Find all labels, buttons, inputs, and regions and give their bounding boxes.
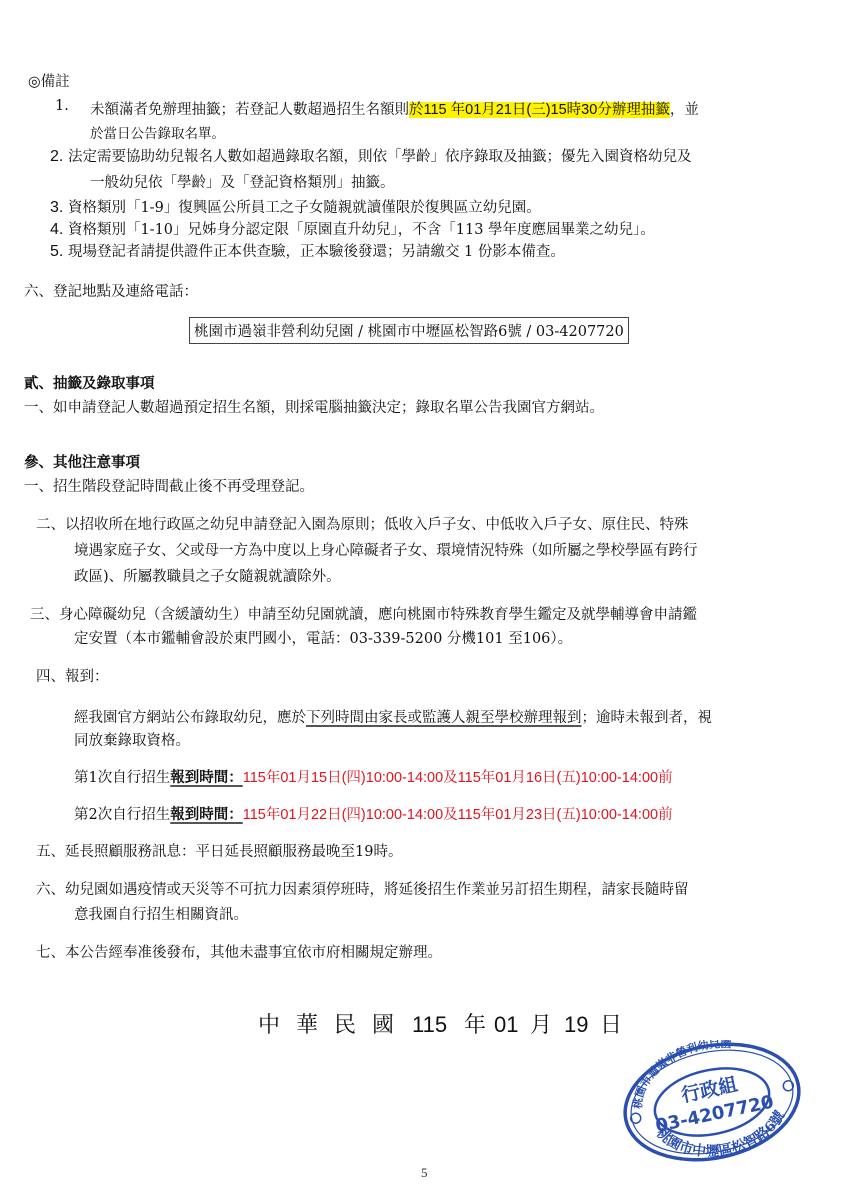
section-three-item-3-line1: 三、身心障礙幼兒（含緩讀幼生）申請至幼兒園就讀，應向桃園市特殊教育學生鑑定及就學… (30, 603, 697, 624)
section-three-item-7: 七、本公告經奉准後發布，其他未盡事宜依市府相關規定辦理。 (36, 941, 442, 962)
remark-2-number: 2. (50, 148, 63, 165)
section-two-heading: 貳、抽籤及錄取事項 (24, 372, 155, 393)
report-round-1: 第1次自行招生報到時間：115年01月15日(四)10:00-14:00及115… (74, 766, 673, 787)
round-1-label: 報到時間： (170, 769, 243, 786)
official-stamp: 桃園市過嶺非營利幼兒園 桃園市中壢區松智路6號 行政組 03-4207720 (620, 1040, 805, 1165)
date-year-unit: 年 (464, 1008, 494, 1039)
section6-heading: 六、登記地點及連絡電話： (24, 280, 198, 301)
section-three-item-5: 五、延長照顧服務訊息：平日延長照顧服務最晚至19時。 (36, 840, 402, 861)
date-char-4: 國 (372, 1008, 412, 1039)
remark-4-text: 資格類別「1-10」兄姊身分認定限「原園直升幼兒」，不含「113 學年度應屆畢業… (68, 222, 655, 238)
remarks-title: ◎備註 (28, 70, 70, 91)
remark-1-text-after: ，並 (670, 102, 699, 118)
section-three-item-2-line2: 境遇家庭子女、父或母一方為中度以上身心障礙者子女、環境情況特殊（如所屬之學校學區… (74, 539, 698, 560)
report-para-before: 經我園官方網站公布錄取幼兒，應於 (74, 710, 306, 726)
remark-4: 4. 資格類別「1-10」兄姊身分認定限「原園直升幼兒」，不含「113 學年度應… (50, 218, 655, 239)
remark-3-text: 資格類別「1-9」復興區公所員工之子女隨親就讀僅限於復興區立幼兒園。 (68, 200, 541, 216)
section-three-item-2-line1: 二、以招收所在地行政區之幼兒申請登記入園為原則；低收入戶子女、中低收入戶子女、原… (36, 513, 689, 534)
report-paragraph-line2: 同放棄錄取資格。 (74, 729, 190, 750)
remark-2-text: 法定需要協助幼兒報名人數如超過錄取名額，則依「學齡」依序錄取及抽籤；優先入園資格… (68, 149, 692, 165)
report-round-2: 第2次自行招生報到時間：115年01月22日(四)10:00-14:00及115… (74, 803, 673, 824)
remark-1-number: 1. (55, 98, 69, 114)
round-2-label: 報到時間： (170, 806, 243, 823)
report-paragraph-line1: 經我園官方網站公布錄取幼兒，應於下列時間由家長或監護人親至學校辦理報到；逾時未報… (74, 706, 712, 727)
date-char-1: 中 (258, 1008, 296, 1039)
report-para-after: ；逾時未報到者，視 (582, 710, 713, 726)
section-three-item-1: 一、招生階段登記時間截止後不再受理登記。 (24, 475, 314, 496)
address-box: 桃園市過嶺非營利幼兒園 / 桃園市中壢區松智路6號 / 03-4207720 (189, 317, 629, 344)
stamp-seal-icon: 桃園市過嶺非營利幼兒園 桃園市中壢區松智路6號 行政組 03-4207720 (620, 1040, 805, 1165)
round-1-prefix: 第1次自行招生 (74, 770, 170, 786)
remark-3: 3. 資格類別「1-9」復興區公所員工之子女隨親就讀僅限於復興區立幼兒園。 (50, 196, 541, 217)
section-three-item-6-line1: 六、幼兒園如遇疫情或天災等不可抗力因素須停班時，將延後招生作業並另訂招生期程，請… (36, 878, 689, 899)
report-para-underlined: 下列時間由家長或監護人親至學校辦理報到 (306, 710, 582, 726)
remark-5: 5. 現場登記者請提供證件正本供查驗，正本驗後發還；另請繳交 1 份影本備查。 (50, 240, 565, 261)
date-year: 115 (412, 1012, 464, 1038)
remark-5-number: 5. (50, 243, 63, 260)
report-heading: 四、報到： (36, 665, 109, 686)
remark-2-line1: 2. 法定需要協助幼兒報名人數如超過錄取名額，則依「學齡」依序錄取及抽籤；優先入… (50, 145, 691, 166)
remark-1-highlight: 於115 年01月21日(三)15時30分辦理抽籤 (409, 102, 670, 118)
remark-2-line2: 一般幼兒依「學齡」及「登記資格類別」抽籤。 (90, 171, 395, 192)
date-month-unit: 月 (530, 1008, 564, 1039)
date-char-2: 華 (296, 1008, 334, 1039)
date-char-3: 民 (334, 1008, 372, 1039)
round-2-time: 115年01月22日(四)10:00-14:00及115年01月23日(五)10… (243, 807, 673, 823)
remark-1-text-before: 未額滿者免辦理抽籤；若登記人數超過招生名額則 (90, 102, 409, 118)
section-three-item-6-line2: 意我園自行招生相關資訊。 (74, 903, 248, 924)
remark-1-line1: 未額滿者免辦理抽籤；若登記人數超過招生名額則於115 年01月21日(三)15時… (90, 98, 699, 119)
section-three-heading: 參、其他注意事項 (24, 451, 140, 472)
date-month: 01 (494, 1012, 530, 1038)
date-day-unit: 日 (600, 1008, 622, 1039)
remark-4-number: 4. (50, 221, 63, 238)
section-three-item-3-line2: 定安置（本市鑑輔會設於東門國小，電話：03-339-5200 分機101 至10… (74, 627, 572, 648)
round-2-prefix: 第2次自行招生 (74, 807, 170, 823)
announcement-date: 中華民國115年01月19日 (258, 1008, 622, 1039)
page-number: 5 (421, 1165, 428, 1181)
section-two-item-1: 一、如申請登記人數超過預定招生名額，則採電腦抽籤決定；錄取名單公告我園官方網站。 (24, 396, 604, 417)
section-three-item-2-line3: 政區)、所屬教職員之子女隨親就讀除外。 (74, 565, 341, 586)
round-1-time: 115年01月15日(四)10:00-14:00及115年01月16日(五)10… (243, 770, 673, 786)
remark-3-number: 3. (50, 199, 63, 216)
remark-5-text: 現場登記者請提供證件正本供查驗，正本驗後發還；另請繳交 1 份影本備查。 (68, 244, 565, 260)
remark-1-line2: 於當日公告錄取名單。 (90, 122, 225, 142)
date-day: 19 (564, 1012, 600, 1038)
